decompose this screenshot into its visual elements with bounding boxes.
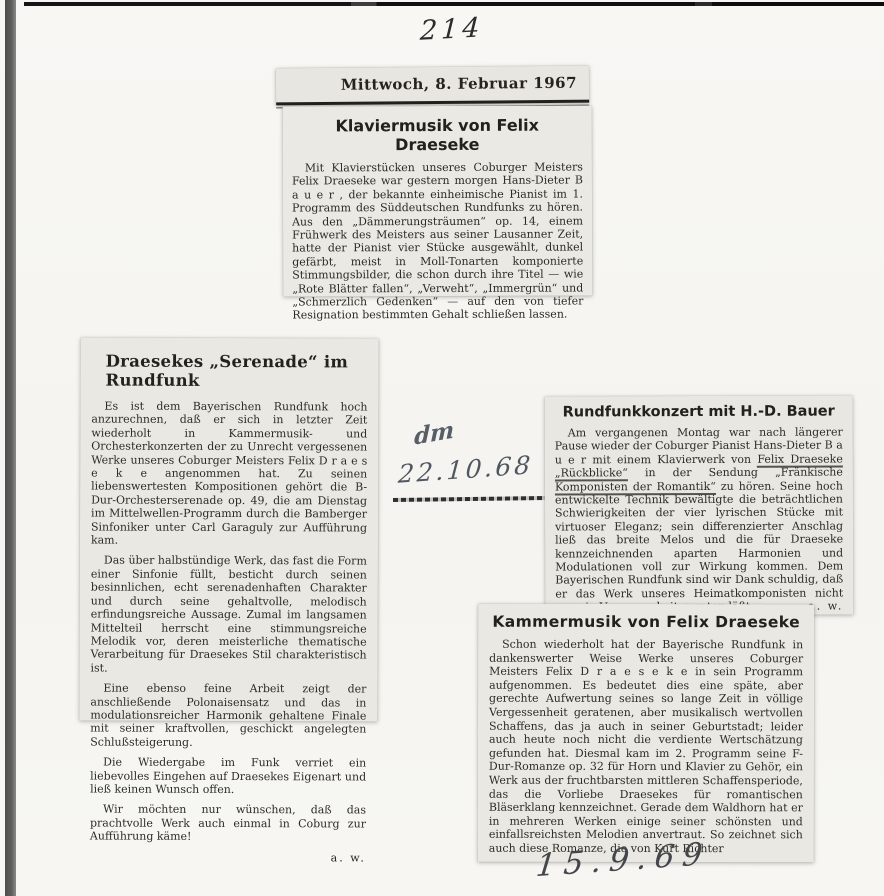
clipping-kammermusik: Kammermusik von Felix Draeseke Schon wie…	[478, 604, 814, 863]
clipping-klaviermusik-body: Mit Klavierstücken unseres Coburger Meis…	[292, 160, 584, 322]
handwritten-date-1968: 22.10.68	[397, 450, 534, 489]
clipping-serenade-paragraph-4: Die Wiedergabe im Funk verriet ein liebe…	[90, 756, 366, 797]
clipping-serenade: Draesekes „Serenade“ im Rundfunk Es ist …	[79, 337, 378, 721]
clipping-rundfunkkonzert-headline: Rundfunkkonzert mit H.-D. Bauer	[555, 403, 843, 420]
clipping-serenade-headline: Draesekes „Serenade“ im Rundfunk	[91, 352, 367, 391]
body-text-part-3: zu hören. Seine hoch entwickelte Technik…	[555, 479, 843, 614]
clipping-serenade-paragraph-5: Wir möchten nur wünschen, daß das pracht…	[90, 803, 366, 844]
clipping-kammermusik-headline: Kammermusik von Felix Draeseke	[489, 613, 803, 632]
dateline-text: Mittwoch, 8. Februar 1967	[341, 74, 577, 94]
body-text-part-2: in der Sendung „Fränkische	[628, 466, 843, 480]
handwritten-initials: dm	[414, 416, 455, 451]
ink-scribble-line	[393, 496, 545, 502]
clipping-serenade-paragraph-2: Das über halbstündige Werk, das fast die…	[90, 554, 366, 676]
clipping-rundfunkkonzert: Rundfunkkonzert mit H.-D. Bauer Am verga…	[545, 395, 854, 615]
scan-edge-top-line	[24, 2, 884, 6]
clipping-kammermusik-body: Schon wiederholt hat der Bayerische Rund…	[489, 638, 803, 856]
clipping-serenade-paragraph-3: Eine ebenso feine Arbeit zeigt der ansch…	[90, 682, 366, 750]
handwritten-page-number: 214	[419, 12, 484, 46]
scan-edge-bar	[5, 0, 16, 896]
clipping-rundfunkkonzert-body: Am vergangenen Montag war nach längerer …	[555, 425, 844, 614]
clipping-klaviermusik: Klaviermusik von Felix Draeseke Mit Klav…	[283, 105, 593, 296]
scrapbook-page: 214 Mittwoch, 8. Februar 1967 Klaviermus…	[0, 0, 884, 896]
clipping-dateline-strip: Mittwoch, 8. Februar 1967	[276, 66, 589, 106]
clipping-klaviermusik-headline: Klaviermusik von Felix Draeseke	[292, 115, 583, 154]
clipping-serenade-signature: a. w.	[331, 851, 366, 864]
clipping-serenade-paragraph-1: Es ist dem Bayerischen Rundfunk hoch anz…	[91, 400, 368, 548]
